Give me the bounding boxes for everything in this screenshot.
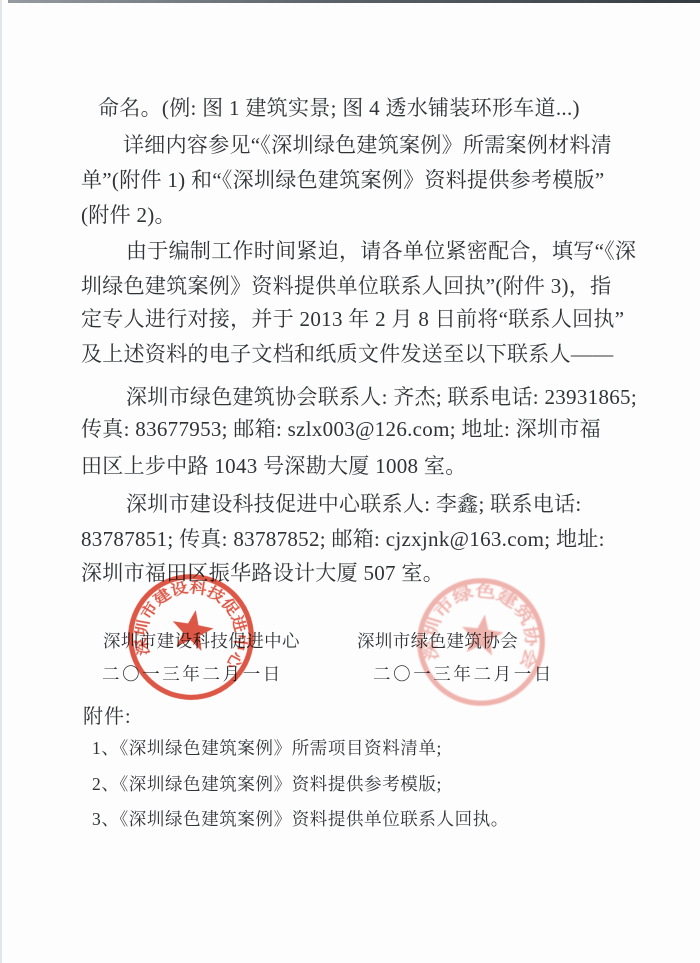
scan-top-edge [8, 0, 700, 3]
body-line-10: 传真: 83677953; 邮箱: szlx003@126.com; 地址: 深… [81, 413, 601, 443]
body-line-4: (附件 2)。 [81, 199, 176, 229]
body-line-5: 由于编制工作时间紧迫，请各单位紧密配合，填写“《深 [126, 235, 636, 265]
official-seal-left: 深圳市建设科技促进中心 [115, 561, 268, 714]
body-line-6: 圳绿色建筑案例》资料提供单位联系人回执”(附件 3)，指 [81, 270, 611, 300]
body-line-13: 83787851; 传真: 83787852; 邮箱: cjzxjnk@163.… [81, 523, 605, 553]
body-line-1: 命名。(例: 图 1 建筑实景; 图 4 透水铺装环形车道...) [98, 92, 580, 122]
attachment-item-1: 1、《深圳绿色建筑案例》所需项目资料清单; [92, 735, 442, 760]
attachment-item-2: 2、《深圳绿色建筑案例》资料提供参考模版; [92, 771, 442, 796]
star-icon [459, 612, 506, 657]
body-line-9: 深圳市绿色建筑协会联系人: 齐杰; 联系电话: 23931865; [126, 381, 637, 411]
star-icon [169, 606, 216, 652]
body-line-2: 详细内容参见“《深圳绿色建筑案例》所需案例材料清 [123, 129, 612, 159]
body-line-12: 深圳市建设科技促进中心联系人: 李鑫; 联系电话: [126, 488, 582, 518]
body-line-11: 田区上步中路 1043 号深勘大厦 1008 室。 [81, 450, 467, 480]
body-line-7: 定专人进行对接，并于 2013 年 2 月 8 日前将“联系人回执” [81, 303, 624, 333]
scanned-letter-page: 命名。(例: 图 1 建筑实景; 图 4 透水铺装环形车道...) 详细内容参见… [0, 0, 700, 963]
scan-left-edge [0, 0, 2, 963]
body-line-3: 单”(附件 1) 和“《深圳绿色建筑案例》资料提供参考模版” [81, 164, 604, 194]
body-line-8: 及上述资料的电子文档和纸质文件发送至以下联系人—— [81, 338, 614, 368]
official-seal-right: 深圳市绿色建筑协会 [405, 566, 556, 717]
attachments-heading: 附件: [83, 700, 132, 729]
attachment-item-3: 3、《深圳绿色建筑案例》资料提供单位联系人回执。 [92, 806, 509, 831]
